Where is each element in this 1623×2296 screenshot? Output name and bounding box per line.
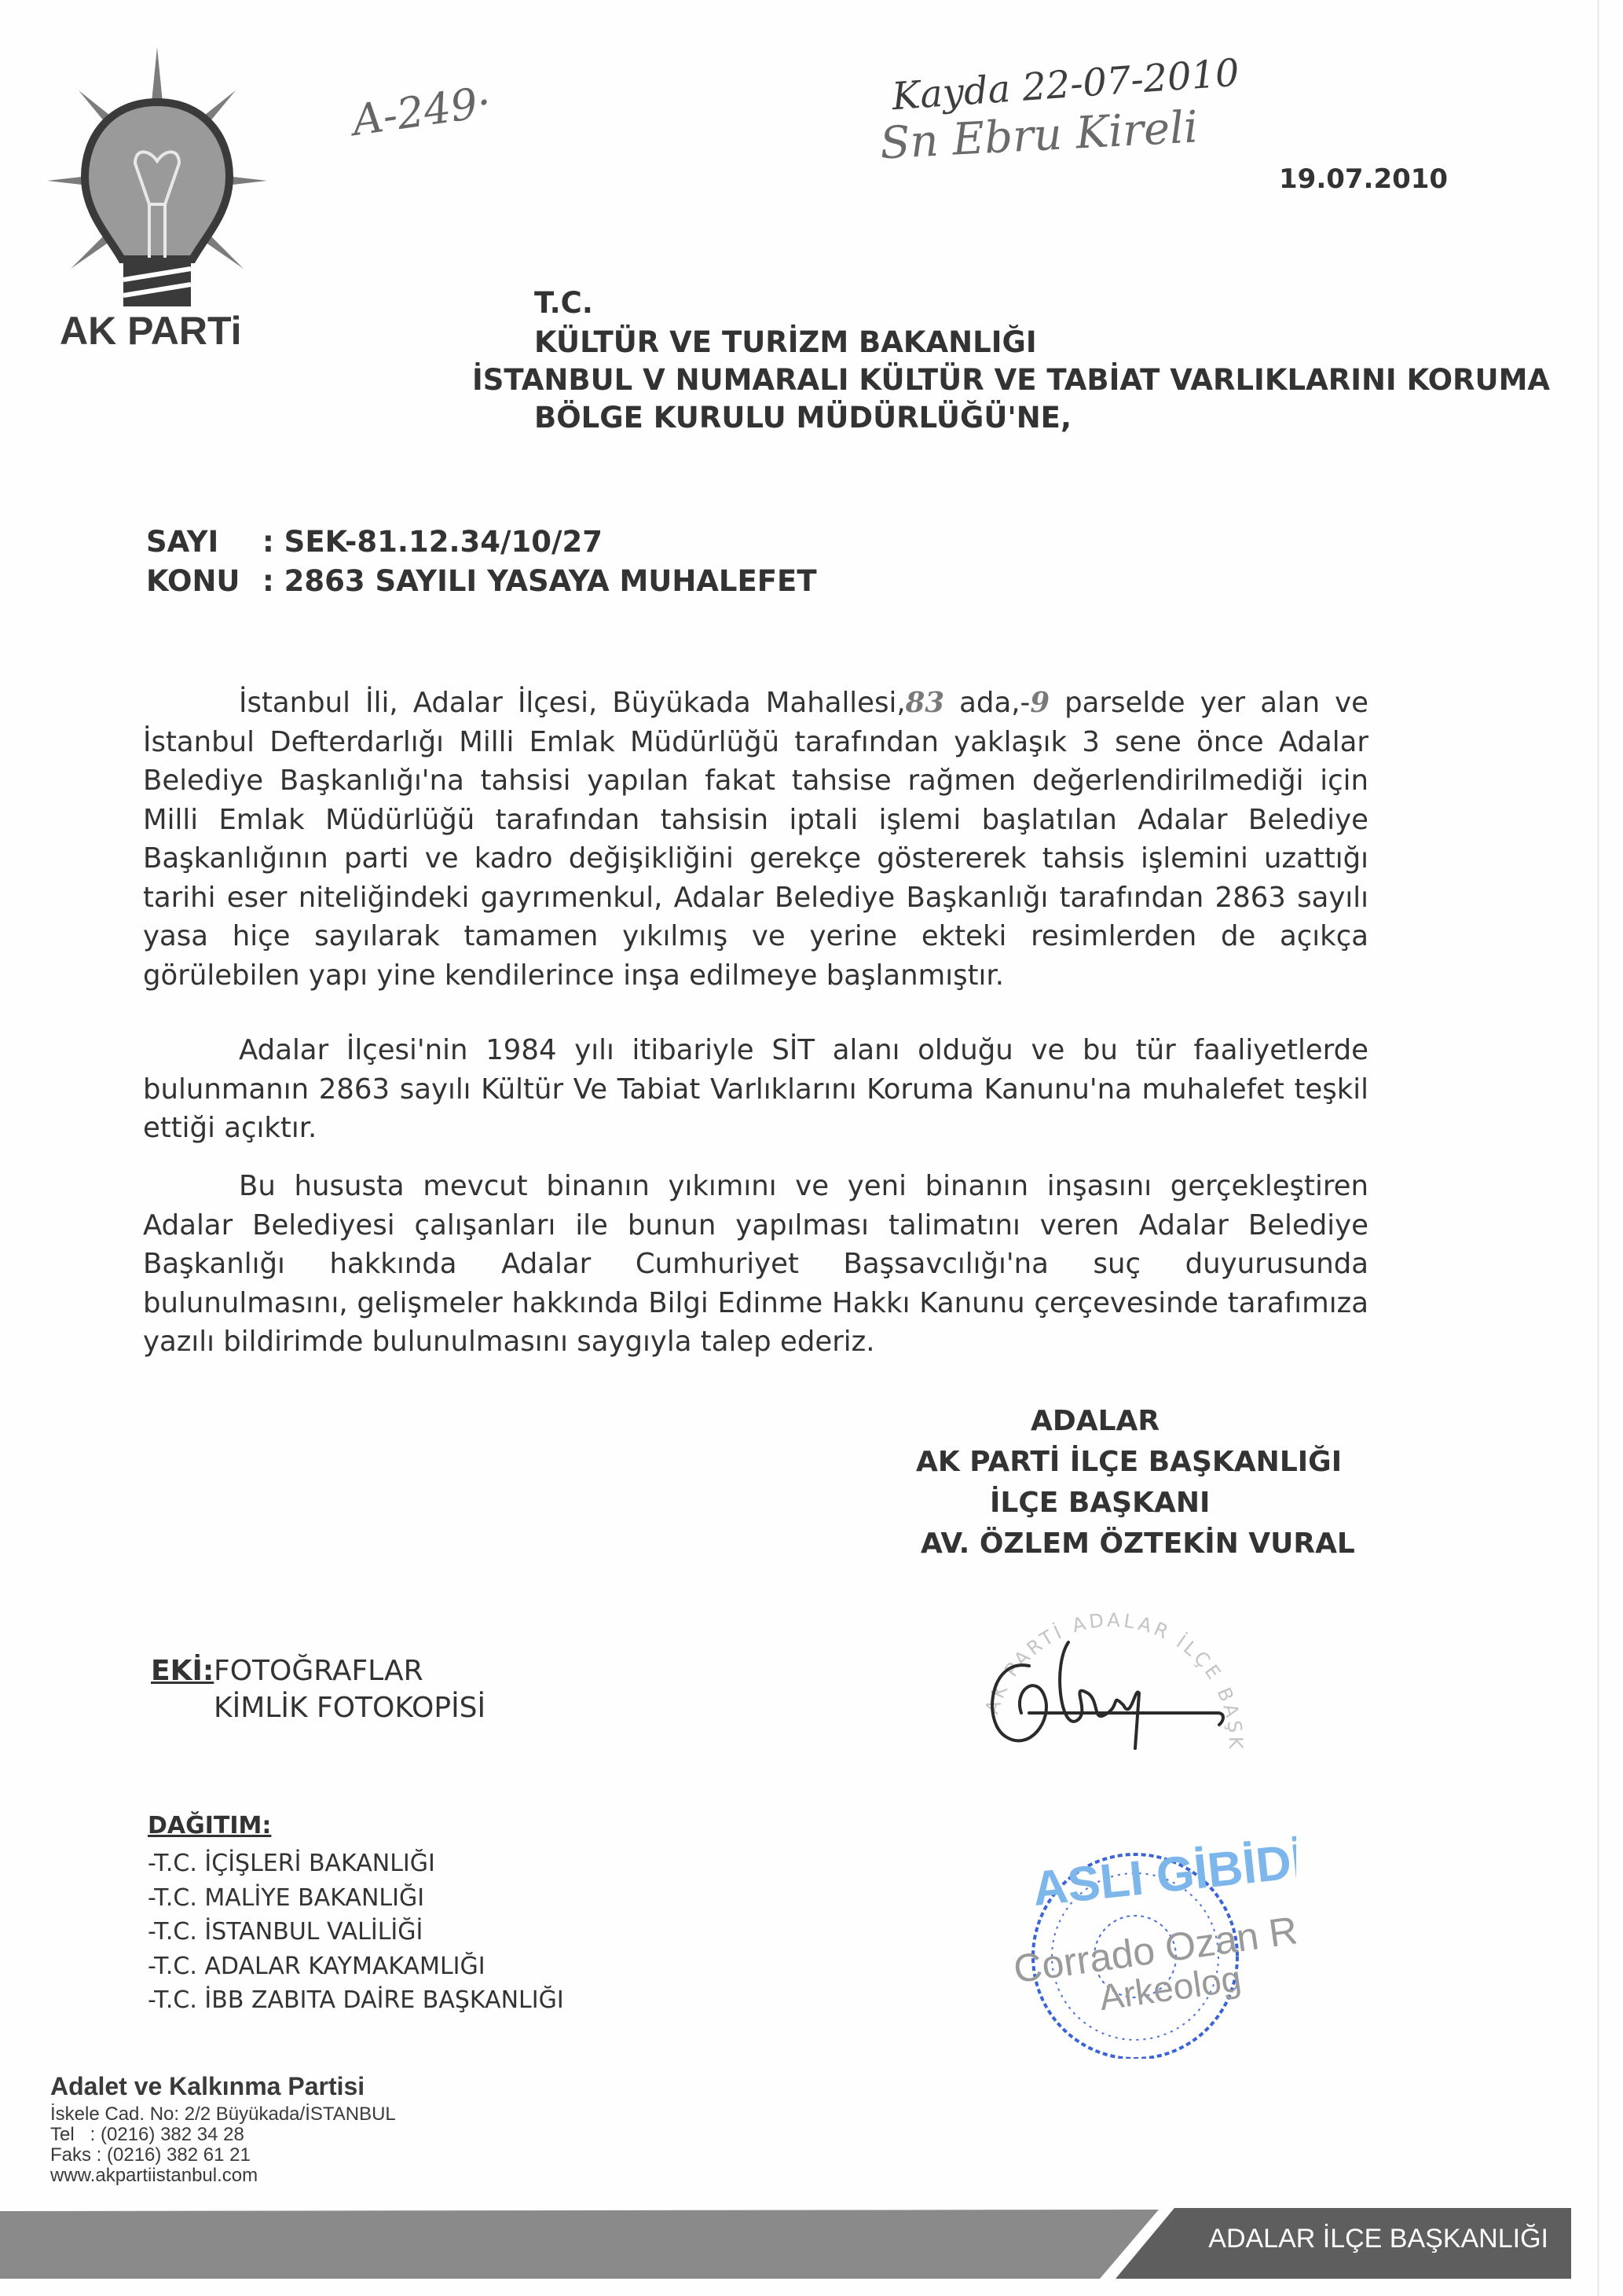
attachment-item: FOTOĞRAFLAR	[214, 1655, 423, 1687]
distribution-item: -T.C. ADALAR KAYMAKAMLIĞI	[148, 1949, 564, 1984]
addressee-line-2: KÜLTÜR VE TURİZM BAKANLIĞI	[534, 325, 1037, 359]
distribution-label: DAĞITIM:	[148, 1812, 271, 1839]
handwritten-signature-icon	[974, 1619, 1233, 1752]
konu-value: : 2863 SAYILI YASAYA MUHALEFET	[262, 564, 817, 598]
distribution-item: -T.C. İSTANBUL VALİLİĞİ	[148, 1915, 564, 1949]
distribution-list: -T.C. İÇİŞLERİ BAKANLIĞI -T.C. MALİYE BA…	[148, 1847, 564, 2018]
scan-edge	[1597, 0, 1599, 2296]
signature-org-line-2: AK PARTİ İLÇE BAŞKANLIĞI	[916, 1446, 1342, 1478]
footer-fax: Faks : (0216) 382 61 21	[50, 2145, 251, 2166]
sayi-value: : SEK-81.12.34/10/27	[262, 525, 603, 559]
signature-title: İLÇE BAŞKANI	[990, 1487, 1210, 1519]
addressee-line-4: BÖLGE KURULU MÜDÜRLÜĞÜ'NE,	[534, 401, 1072, 435]
sayi-label: SAYI	[146, 525, 218, 559]
distribution-item: -T.C. İÇİŞLERİ BAKANLIĞI	[148, 1847, 564, 1881]
body-paragraph-1: İstanbul İli, Adalar İlçesi, Büyükada Ma…	[143, 684, 1368, 995]
konu-label: KONU	[146, 564, 240, 598]
footer-org-name: Adalet ve Kalkınma Partisi	[50, 2072, 365, 2101]
footer-tel: Tel : (0216) 382 34 28	[50, 2125, 244, 2145]
letter-page: AK PARTi A-249· Kayda 22-07-2010 Sn Ebru…	[0, 0, 1623, 2296]
certified-text: ASLI GİBİDİR	[1030, 1830, 1296, 1916]
footer-band-text: ADALAR İLÇE BAŞKANLIĞI	[1208, 2224, 1548, 2254]
logo-text: AK PARTi	[60, 308, 242, 354]
handwritten-ada-number: 83	[906, 687, 944, 719]
handwritten-parsel-number: 9	[1030, 687, 1050, 719]
p1-text-a: İstanbul İli, Adalar İlçesi, Büyükada Ma…	[239, 687, 906, 719]
p1-text-c: parselde yer alan ve İstanbul Defterdarl…	[143, 687, 1368, 992]
footer-website-link[interactable]: www.akpartiistanbul.com	[50, 2166, 258, 2186]
signature-org-line-1: ADALAR	[1031, 1405, 1160, 1437]
handwritten-reference-note: A-249·	[349, 77, 494, 145]
addressee-line-3: İSTANBUL V NUMARALI KÜLTÜR VE TABİAT VAR…	[472, 363, 1550, 397]
body-paragraph-2: Adalar İlçesi'nin 1984 yılı itibariyle S…	[143, 1031, 1368, 1148]
body-paragraph-3: Bu hususta mevcut binanın yıkımını ve ye…	[143, 1167, 1368, 1362]
certified-copy-stamp-icon: ASLI GİBİDİR Corrado Ozan RIJAVEC Arkeol…	[998, 1807, 1296, 2059]
attachment-item: KİMLİK FOTOKOPİSİ	[214, 1692, 485, 1724]
p1-text-b: ada,-	[944, 687, 1030, 719]
distribution-item: -T.C. İBB ZABITA DAİRE BAŞKANLIĞI	[148, 1983, 564, 2018]
addressee-line-1: T.C.	[534, 286, 593, 320]
footer-address: İskele Cad. No: 2/2 Büyükada/İSTANBUL	[50, 2104, 396, 2125]
distribution-item: -T.C. MALİYE BAKANLIĞI	[148, 1881, 564, 1916]
document-date: 19.07.2010	[1279, 163, 1448, 195]
signatory-name: AV. ÖZLEM ÖZTEKİN VURAL	[921, 1528, 1355, 1560]
ak-parti-lightbulb-logo-icon	[47, 47, 267, 306]
attachments-label: EKİ:	[151, 1655, 214, 1687]
